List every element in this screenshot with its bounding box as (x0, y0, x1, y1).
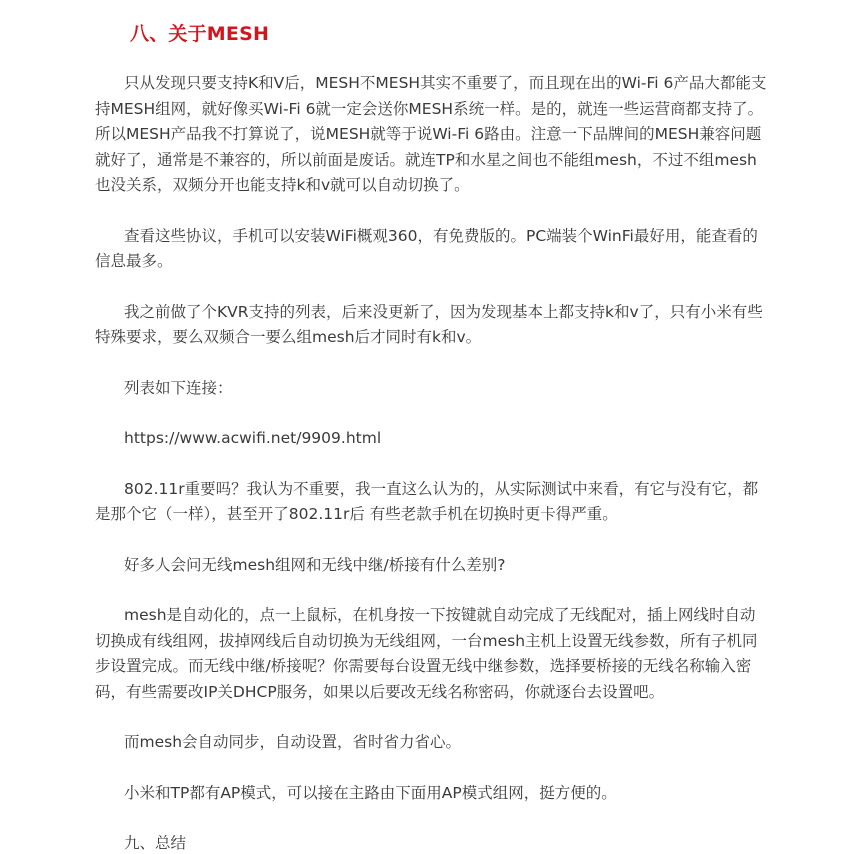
paragraph-mesh-kv-support: 只从发现只要支持K和V后，MESH不MESH其实不重要了，而且现在出的Wi-Fi… (95, 71, 767, 199)
paragraph-url: https://www.acwifi.net/9909.html (95, 426, 767, 452)
paragraph-mesh-sync: 而mesh会自动同步，自动设置，省时省力省心。 (95, 730, 767, 756)
paragraph-mesh-automation: mesh是自动化的，点一上鼠标，在机身按一下按键就自动完成了无线配对，插上网线时… (95, 603, 767, 705)
paragraph-80211r: 802.11r重要吗？我认为不重要，我一直这么认为的，从实际测试中来看，有它与没… (95, 477, 767, 528)
paragraph-protocol-tools: 查看这些协议，手机可以安装WiFi概观360，有免费版的。PC端装个WinFi最… (95, 224, 767, 275)
paragraph-list-link-label: 列表如下连接： (95, 376, 767, 402)
acwifi-link[interactable]: https://www.acwifi.net/9909.html (124, 429, 381, 447)
section-heading: 八、关于MESH (130, 20, 767, 48)
article-body: 八、关于MESH 只从发现只要支持K和V后，MESH不MESH其实不重要了，而且… (95, 0, 767, 854)
paragraph-ap-mode: 小米和TP都有AP模式，可以接在主路由下面用AP模式组网，挺方便的。 (95, 781, 767, 807)
paragraph-mesh-vs-repeater-question: 好多人会问无线mesh组网和无线中继/桥接有什么差别? (95, 553, 767, 579)
paragraph-next-heading-cutoff: 九、总结 (95, 831, 767, 854)
paragraph-kvr-list: 我之前做了个KVR支持的列表，后来没更新了，因为发现基本上都支持k和v了，只有小… (95, 300, 767, 351)
